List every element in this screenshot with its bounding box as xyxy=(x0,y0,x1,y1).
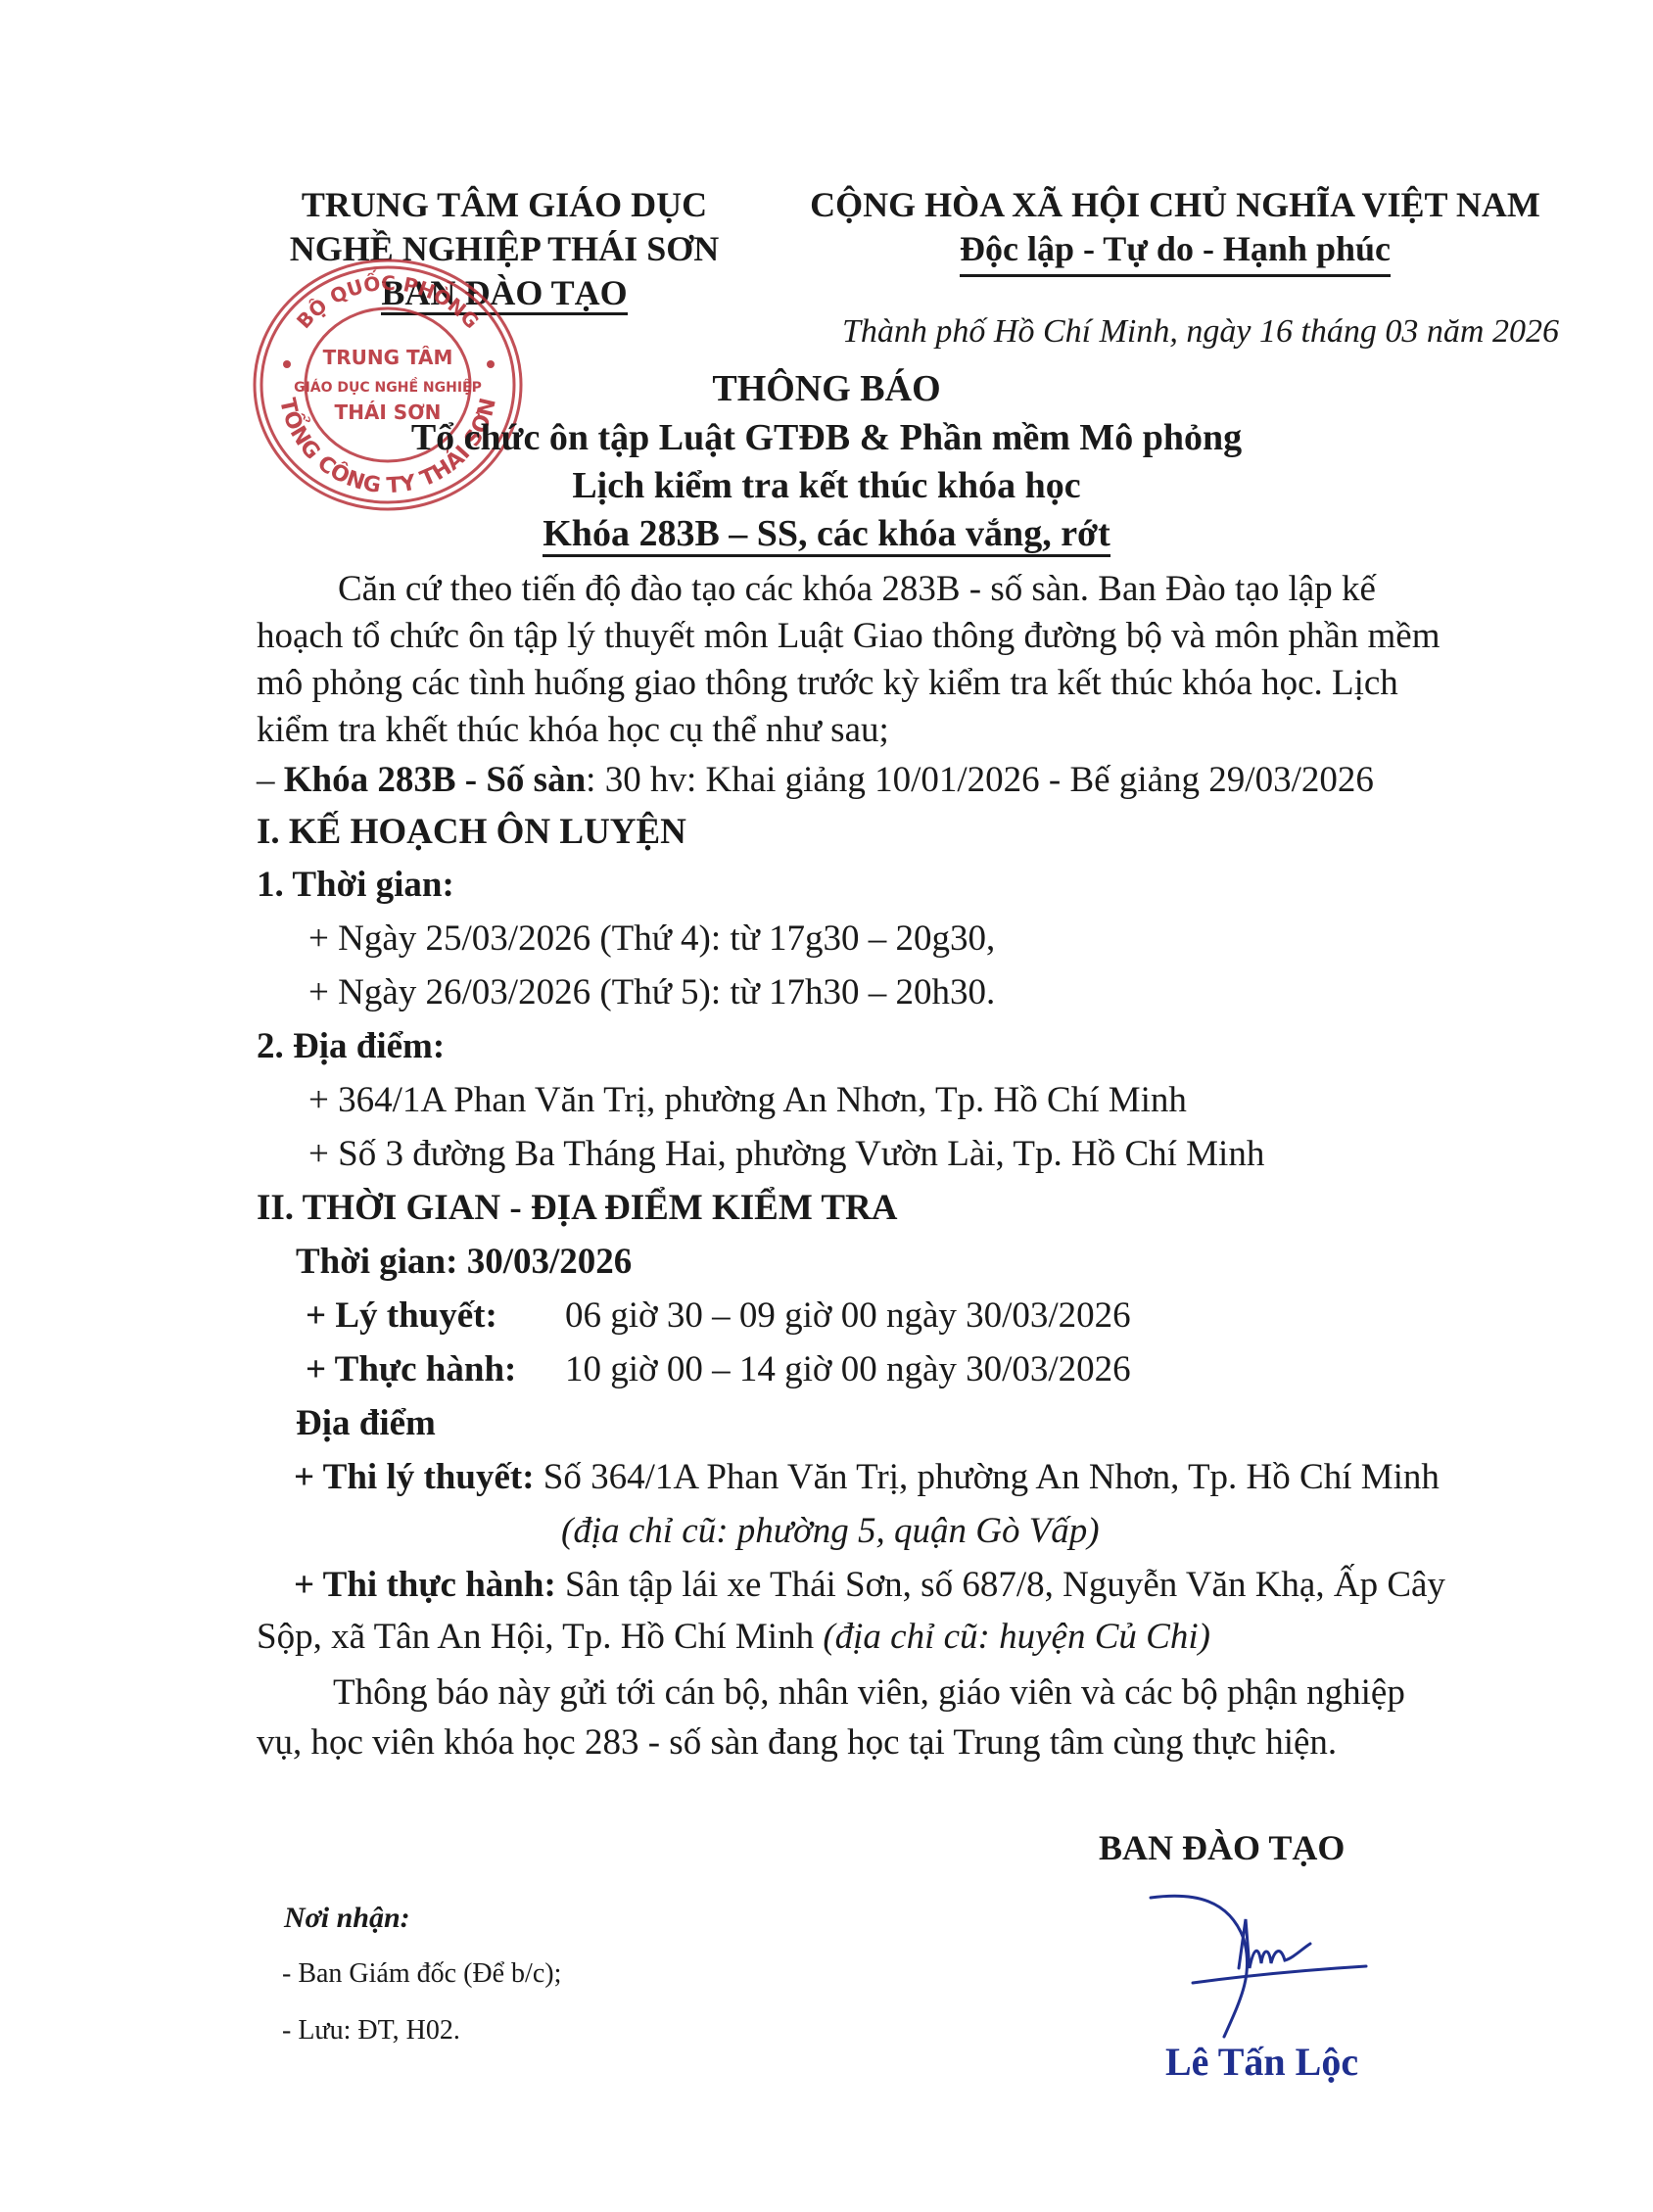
intro-line-4: kiểm tra khết thúc khóa học cụ thể như s… xyxy=(257,709,889,751)
exam-theory-value: 06 giờ 30 – 09 giờ 00 ngày 30/03/2026 xyxy=(565,1295,1131,1336)
national-motto-text: Độc lập - Tự do - Hạnh phúc xyxy=(960,229,1391,277)
notice-subtitle-2: Lịch kiểm tra kết thúc khóa học xyxy=(0,464,1653,507)
intro-line-3: mô phỏng các tình huống giao thông trước… xyxy=(257,662,1398,704)
exam-practice-place-label: + Thi thực hành: xyxy=(294,1565,556,1605)
exam-theory-time: + Lý thuyết:06 giờ 30 – 09 giờ 00 ngày 3… xyxy=(306,1294,1131,1337)
exam-practice-place-value-2: Sộp, xã Tân An Hội, Tp. Hồ Chí Minh xyxy=(257,1617,823,1657)
closing-line-1: Thông báo này gửi tới cán bộ, nhân viên,… xyxy=(333,1671,1405,1714)
exam-theory-place-value: Số 364/1A Phan Văn Trị, phường An Nhơn, … xyxy=(535,1457,1440,1497)
exam-place-heading: Địa điểm xyxy=(296,1402,436,1444)
notice-subtitle-3: Khóa 283B – SS, các khóa vắng, rớt xyxy=(0,512,1653,555)
notice-subtitle-3-text: Khóa 283B – SS, các khóa vắng, rớt xyxy=(543,513,1110,557)
exam-theory-place-label: + Thi lý thuyết: xyxy=(294,1457,535,1497)
course-dash: – xyxy=(257,760,275,800)
recipient-item: - Ban Giám đốc (Để b/c); xyxy=(282,1958,561,1990)
section-2-heading: II. THỜI GIAN - ĐỊA ĐIỂM KIỂM TRA xyxy=(257,1187,897,1229)
exam-practice-time: + Thực hành:10 giờ 00 – 14 giờ 00 ngày 3… xyxy=(306,1348,1131,1390)
notice-subtitle-1: Tổ chức ôn tập Luật GTĐB & Phần mềm Mô p… xyxy=(0,416,1653,459)
exam-practice-place-cont: Sộp, xã Tân An Hội, Tp. Hồ Chí Minh (địa… xyxy=(257,1616,1210,1658)
review-place-item: + 364/1A Phan Văn Trị, phường An Nhơn, T… xyxy=(308,1079,1187,1121)
intro-line-2: hoạch tổ chức ôn tập lý thuyết môn Luật … xyxy=(257,615,1440,657)
section-1-time-heading: 1. Thời gian: xyxy=(257,864,454,906)
intro-line-1: Căn cứ theo tiến độ đào tạo các khóa 283… xyxy=(338,568,1376,610)
exam-date: Thời gian: 30/03/2026 xyxy=(296,1241,632,1283)
exam-practice-label: + Thực hành: xyxy=(306,1348,565,1390)
place-date: Thành phố Hồ Chí Minh, ngày 16 tháng 03 … xyxy=(842,313,1559,351)
signature-icon xyxy=(1146,1890,1371,2047)
national-title: CỘNG HÒA XÃ HỘI CHỦ NGHĨA VIỆT NAM xyxy=(783,184,1567,225)
exam-practice-place: + Thi thực hành: Sân tập lái xe Thái Sơn… xyxy=(294,1564,1445,1606)
exam-practice-value: 10 giờ 00 – 14 giờ 00 ngày 30/03/2026 xyxy=(565,1349,1131,1389)
recipients-heading: Nơi nhận: xyxy=(284,1902,410,1935)
review-time-item: + Ngày 26/03/2026 (Thứ 5): từ 17h30 – 20… xyxy=(308,971,995,1013)
review-place-item: + Số 3 đường Ba Tháng Hai, phường Vườn L… xyxy=(308,1133,1264,1175)
national-motto: Độc lập - Tự do - Hạnh phúc xyxy=(783,228,1567,269)
notice-title: THÔNG BÁO xyxy=(0,367,1653,410)
exam-practice-old-address: (địa chỉ cũ: huyện Củ Chi) xyxy=(823,1617,1210,1657)
section-1-heading: I. KẾ HOẠCH ÔN LUYỆN xyxy=(257,811,686,853)
exam-theory-place: + Thi lý thuyết: Số 364/1A Phan Văn Trị,… xyxy=(294,1456,1440,1498)
review-time-item: + Ngày 25/03/2026 (Thứ 4): từ 17g30 – 20… xyxy=(308,918,995,960)
org-name-line1: TRUNG TÂM GIÁO DỤC xyxy=(250,184,759,225)
signer-department: BAN ĐÀO TẠO xyxy=(1099,1827,1345,1868)
course-name: Khóa 283B - Số sàn xyxy=(284,760,586,800)
course-detail: : 30 hv: Khai giảng 10/01/2026 - Bế giản… xyxy=(586,760,1374,800)
exam-theory-label: + Lý thuyết: xyxy=(306,1294,565,1337)
exam-theory-old-address: (địa chỉ cũ: phường 5, quận Gò Vấp) xyxy=(561,1510,1100,1552)
closing-line-2: vụ, học viên khóa học 283 - số sàn đang … xyxy=(257,1721,1337,1764)
course-line: – Khóa 283B - Số sàn: 30 hv: Khai giảng … xyxy=(257,759,1374,801)
recipient-item: - Lưu: ĐT, H02. xyxy=(282,2015,460,2047)
section-1-place-heading: 2. Địa điểm: xyxy=(257,1025,445,1067)
exam-practice-place-value: Sân tập lái xe Thái Sơn, số 687/8, Nguyễ… xyxy=(556,1565,1445,1605)
signer-name: Lê Tấn Lộc xyxy=(1165,2039,1358,2085)
svg-text:TRUNG TÂM: TRUNG TÂM xyxy=(323,346,453,369)
